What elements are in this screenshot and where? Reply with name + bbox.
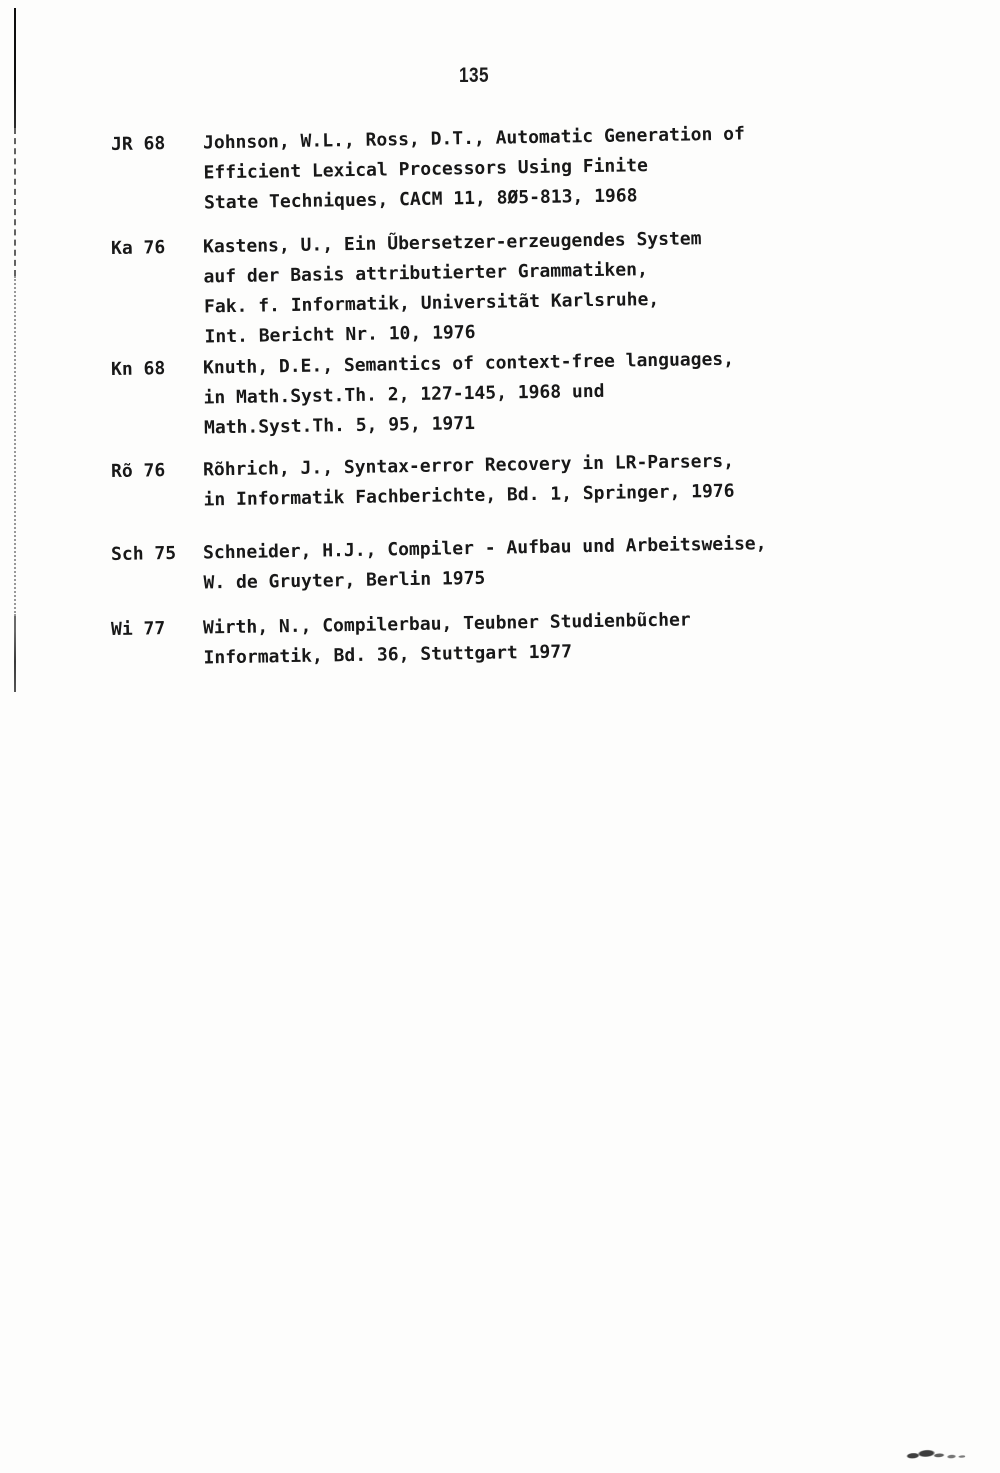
reference-key: Rõ 76 — [111, 455, 203, 487]
scanned-page: 135 JR 68 Johnson, W.L., Ross, D.T., Aut… — [0, 0, 1000, 1473]
reference-key: Kn 68 — [111, 353, 203, 385]
reference-entry: Ka 76 Kastens, U., Ein Ũbersetzer-erzeug… — [111, 221, 873, 354]
scan-binding-line-segment — [14, 616, 16, 692]
reference-key: JR 68 — [111, 128, 203, 160]
scan-binding-line-segment — [14, 128, 16, 276]
reference-text: Johnson, W.L., Ross, D.T., Automatic Gen… — [203, 117, 872, 218]
reference-key: Sch 75 — [111, 538, 203, 570]
reference-text: Wirth, N., Compilerbau, Teubner Studienb… — [203, 602, 872, 673]
reference-entry: Wi 77 Wirth, N., Compilerbau, Teubner St… — [111, 602, 872, 675]
scan-binding-line-segment — [14, 276, 16, 616]
reference-entry: Kn 68 Knuth, D.E., Semantics of context-… — [111, 342, 872, 445]
scan-binding-line-segment — [14, 8, 16, 128]
scan-smudge — [903, 1446, 966, 1464]
page-number: 135 — [459, 64, 489, 88]
reference-text: Schneider, H.J., Compiler - Aufbau und A… — [203, 527, 872, 598]
reference-entry: JR 68 Johnson, W.L., Ross, D.T., Automat… — [111, 117, 872, 220]
reference-text: Rõhrich, J., Syntax-error Recovery in LR… — [203, 444, 872, 515]
reference-entry: Sch 75 Schneider, H.J., Compiler - Aufba… — [111, 527, 872, 600]
reference-key: Wi 77 — [111, 613, 203, 645]
reference-text: Kastens, U., Ein Ũbersetzer-erzeugendes … — [203, 221, 873, 352]
reference-key: Ka 76 — [111, 232, 203, 264]
reference-text: Knuth, D.E., Semantics of context-free l… — [203, 342, 872, 443]
reference-entry: Rõ 76 Rõhrich, J., Syntax-error Recovery… — [111, 444, 872, 517]
